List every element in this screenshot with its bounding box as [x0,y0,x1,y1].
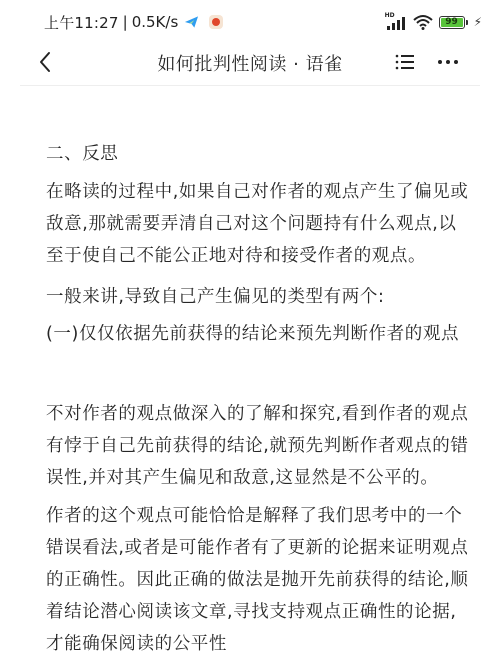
paragraph-line: 误性,并对其产生偏见和敌意,这显然是不公平的。 [46,464,438,489]
nav-bar: 如何批判性阅读 · 语雀 [0,44,500,80]
paragraph-line: 的正确性。因此正确的做法是抛开先前获得的结论,顺 [46,566,468,591]
signal-icon: HD [385,14,407,30]
status-right: HD 99 ⚡ [385,14,482,30]
paragraph-line: 作者的这个观点可能恰恰是解释了我们思考中的一个 [46,502,462,527]
paragraph-line: 至于使自己不能公正地对待和接受作者的观点。 [46,242,426,267]
status-left: 上午11:27 | 0.5K/s [44,12,223,33]
status-separator: | [123,13,128,31]
section-heading: 二、反思 [46,140,118,165]
paragraph-line: 有悖于自己先前获得的结论,就预先判断作者观点的错 [46,432,468,457]
subheading: (一)仅仅依据先前获得的结论来预先判断作者的观点 [46,320,459,345]
more-horizontal-icon [438,60,458,64]
app-notification-icon [209,15,223,29]
wifi-icon [413,14,433,30]
page-title: 如何批判性阅读 · 语雀 [0,50,500,76]
battery-level: 99 [441,18,463,27]
network-speed: 0.5K/s [132,13,179,31]
paragraph-line: 才能确保阅读的公平性 [46,630,227,655]
status-bar: 上午11:27 | 0.5K/s HD 99 ⚡ [0,0,500,44]
paragraph-line: 着结论潜心阅读该文章,寻找支持观点正确性的论据, [46,598,457,623]
hd-label: HD [385,12,395,19]
list-icon [396,55,414,70]
charging-icon: ⚡ [474,15,482,29]
paragraph-line: 不对作者的观点做深入的了解和探究,看到作者的观点 [46,400,468,425]
paragraph-line: 敌意,那就需要弄清自己对这个问题持有什么观点,以 [46,210,457,235]
status-time: 上午11:27 [44,12,119,33]
toc-button[interactable] [394,52,416,72]
telegram-icon [184,15,199,29]
paragraph-line: 错误看法,或者是可能作者有了更新的论据来证明观点 [46,534,468,559]
nav-divider [20,85,480,86]
more-button[interactable] [436,52,460,72]
paragraph-line: 在略读的过程中,如果自己对作者的观点产生了偏见或 [46,178,468,203]
paragraph-line: 一般来讲,导致自己产生偏见的类型有两个: [46,283,384,308]
battery-icon: 99 [439,16,465,29]
